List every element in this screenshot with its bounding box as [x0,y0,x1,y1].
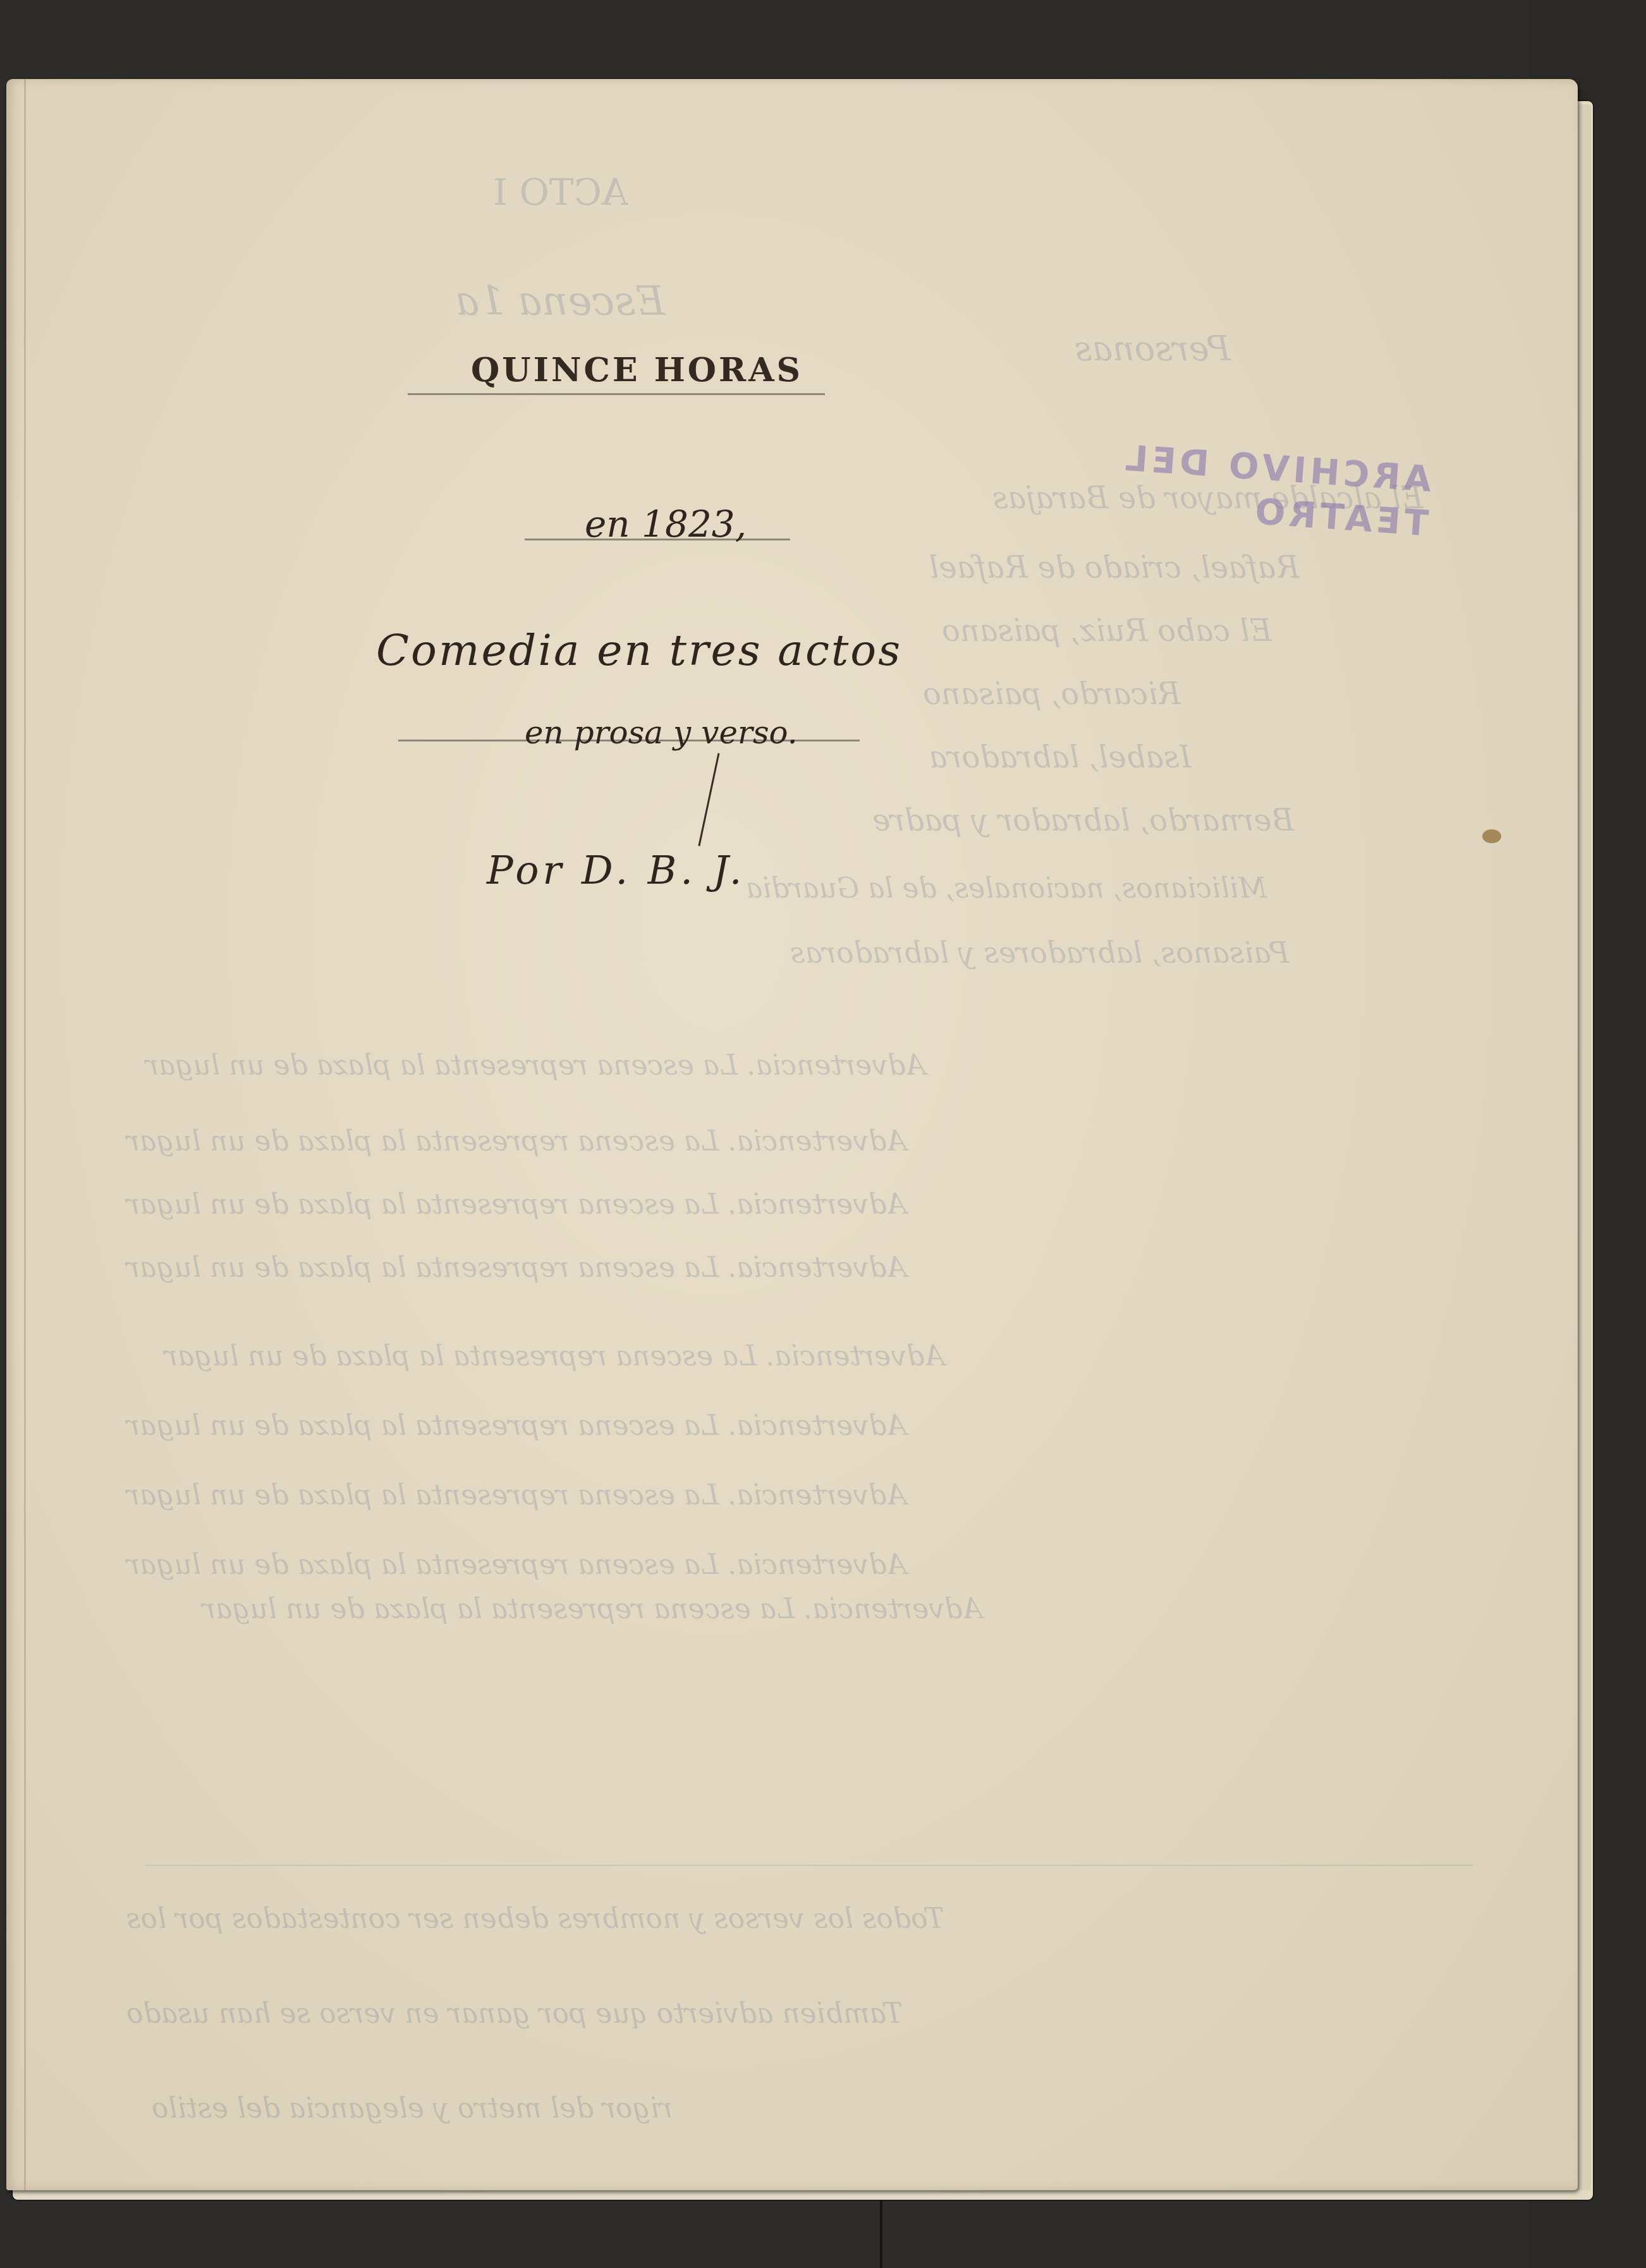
page-title: QUINCE HORAS [471,351,803,389]
date-line: en 1823, [585,503,747,546]
bleed-line: Advertencia. La escena representa la pla… [126,1252,906,1284]
bleed-line: Advertencia. La escena representa la pla… [202,1593,982,1625]
bleed-footnote: Todos los versos y nombres deben ser con… [126,1903,944,1935]
bleed-heading: ACTO I [493,171,628,214]
bleed-line: Advertencia. La escena representa la pla… [126,1188,906,1221]
title-underline [408,393,825,395]
bleed-line: Advertencia. La escena representa la pla… [126,1125,906,1157]
bleed-line: Paisanos, labradores y labradoras [790,936,1289,970]
bleed-line: Isabel, labradora [929,740,1192,775]
bleed-line: Advertencia. La escena representa la pla… [145,1049,925,1082]
bleed-line: Advertencia. La escena representa la pla… [126,1479,906,1511]
bleed-line: Advertencia. La escena representa la pla… [126,1549,906,1581]
bleed-line: Bernardo, labrador y padre [872,803,1294,838]
bleed-line: Ricardo, paisano [923,676,1181,712]
bleed-footnote: Tambien advierto que por ganar en verso … [126,1997,903,2030]
bleed-rule [145,1865,1473,1866]
binding-fold [24,79,26,2190]
bleed-line: Milicianos, nacionales, de la Guardia [746,872,1267,905]
bleed-footnote: rigor del metro y elegancia del estilo [152,2092,673,2125]
bleed-line: Advertencia. La escena representa la pla… [126,1410,906,1442]
bleed-scene: Escena 1a [455,278,665,325]
ink-stain [1482,829,1501,843]
subtitle-line-1: Comedia en tres actos [376,626,902,676]
subtitle-line-2: en prosa y verso. [525,714,798,751]
author-line: Por D. B. J. [487,847,746,893]
bleed-line: Advertencia. La escena representa la pla… [164,1340,944,1372]
bleed-line: Personas [1075,329,1231,369]
bleed-line: El cabo Ruiz, paisano [942,613,1272,649]
